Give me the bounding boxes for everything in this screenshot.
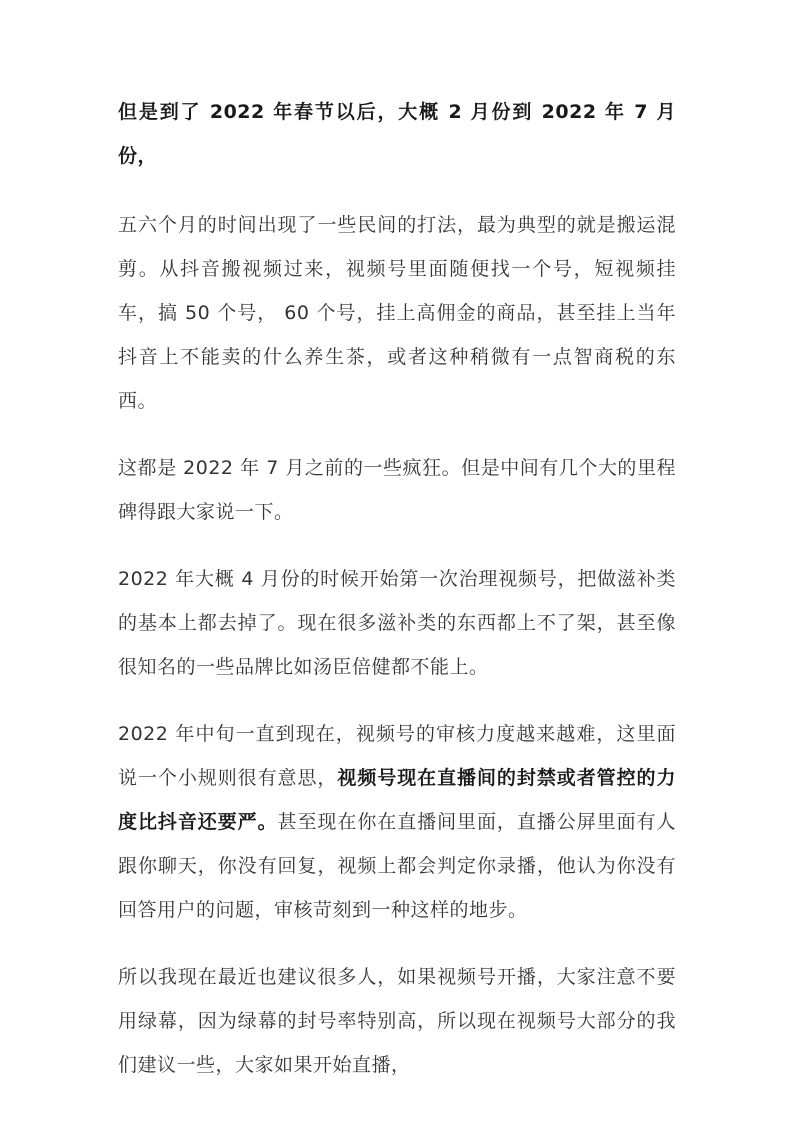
paragraph-5-text: 所以我现在最近也建议很多人，如果视频号开播，大家注意不要用绿幕，因为绿幕的封号率… xyxy=(118,966,676,1076)
heading-text: 但是到了 2022 年春节以后，大概 2 月份到 2022 年 7 月份， xyxy=(118,101,676,167)
document-heading: 但是到了 2022 年春节以后，大概 2 月份到 2022 年 7 月份， xyxy=(118,90,676,178)
paragraph-5: 所以我现在最近也建议很多人，如果视频号开播，大家注意不要用绿幕，因为绿幕的封号率… xyxy=(118,955,676,1087)
paragraph-1: 五六个月的时间出现了一些民间的打法，最为典型的就是搬运混剪。从抖音搬视频过来，视… xyxy=(118,203,676,423)
paragraph-3: 2022 年大概 4 月份的时候开始第一次治理视频号，把做滋补类的基本上都去掉了… xyxy=(118,557,676,689)
paragraph-2: 这都是 2022 年 7 月之前的一些疯狂。但是中间有几个大的里程碑得跟大家说一… xyxy=(118,446,676,534)
paragraph-2-text: 这都是 2022 年 7 月之前的一些疯狂。但是中间有几个大的里程碑得跟大家说一… xyxy=(118,457,676,523)
paragraph-3-text: 2022 年大概 4 月份的时候开始第一次治理视频号，把做滋补类的基本上都去掉了… xyxy=(118,568,676,678)
paragraph-4: 2022 年中旬一直到现在，视频号的审核力度越来越难，这里面说一个小规则很有意思… xyxy=(118,712,676,932)
paragraph-1-text: 五六个月的时间出现了一些民间的打法，最为典型的就是搬运混剪。从抖音搬视频过来，视… xyxy=(118,214,676,412)
document-page: 但是到了 2022 年春节以后，大概 2 月份到 2022 年 7 月份， 五六… xyxy=(0,0,793,1122)
